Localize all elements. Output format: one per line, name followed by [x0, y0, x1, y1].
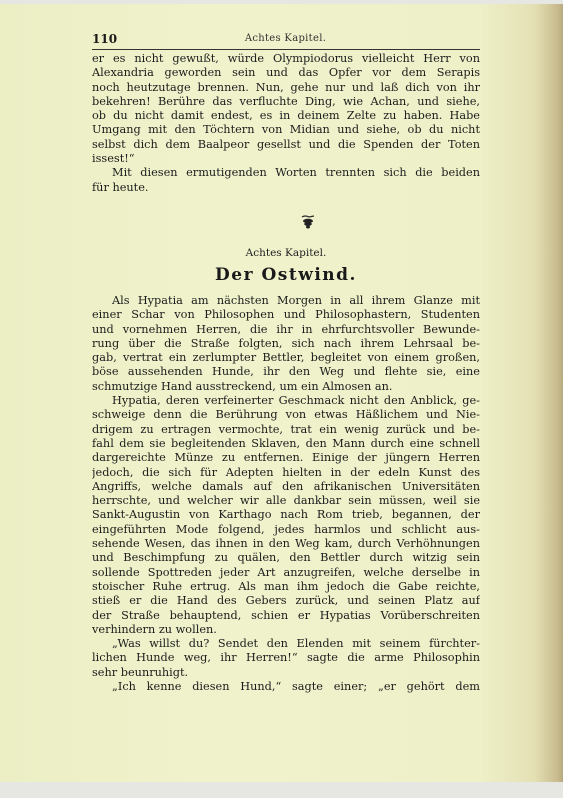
text-line: Umgang mit den Töchtern von Midian und s… — [92, 123, 480, 137]
text-line: und vornehmen Herren, die ihr in ehrfurc… — [92, 323, 480, 337]
text-line: Sankt-Augustin von Karthago nach Rom tri… — [92, 508, 480, 522]
text-line: und Beschimpfung zu quälen, den Bettler … — [92, 551, 480, 565]
text-line: Alexandria geworden sein und das Opfer v… — [92, 66, 480, 80]
text-line: stieß er die Hand des Gebers zurück, und… — [92, 594, 480, 608]
text-line: Angriffs, welche damals auf den afrikani… — [92, 480, 480, 494]
text-line: sollende Spottreden jeder Art anzugreife… — [92, 566, 480, 580]
grape-cluster-ornament-icon — [300, 214, 316, 228]
text-line: ob du nicht damit endest, es in deinem Z… — [92, 109, 480, 123]
text-line: „Ich kenne diesen Hund,“ sagte einer; „e… — [92, 680, 480, 694]
text-line: einer Schar von Philosophen und Philosop… — [92, 308, 480, 322]
text-line: rung über die Straße folgten, sich nach … — [92, 337, 480, 351]
text-line: schweige denn die Berührung von etwas Hä… — [92, 408, 480, 422]
text-line: sehende Wesen, das ihnen in den Weg kam,… — [92, 537, 480, 551]
top-text-block: er es nicht gewußt, würde Olympiodorus v… — [92, 52, 480, 195]
chapter-label: Achtes Kapitel. — [92, 247, 480, 259]
book-page: 110 Achtes Kapitel. er es nicht gewußt, … — [0, 4, 563, 782]
text-line: gab, vertrat ein zerlumpter Bettler, beg… — [92, 351, 480, 365]
text-line: herrschte, und welcher wir alle dankbar … — [92, 494, 480, 508]
text-line: dargereichte Münze zu entfernen. Einige … — [92, 451, 480, 465]
chapter-title: Der Ostwind. — [92, 265, 480, 285]
text-line: lichen Hunde weg, ihr Herren!“ sagte die… — [92, 651, 480, 665]
text-line: stoischer Ruhe ertrug. Als man ihm jedoc… — [92, 580, 480, 594]
text-line: drigem zu ertragen vermochte, trat ein w… — [92, 423, 480, 437]
running-head: Achtes Kapitel. — [92, 33, 479, 44]
text-line: verhindern zu wollen. — [92, 623, 480, 637]
text-line: noch heutzutage brennen. Nun, gehe nur u… — [92, 81, 480, 95]
text-line: sehr beunruhigt. — [92, 666, 480, 680]
text-line: böse aussehenden Hunde, ihr den Weg und … — [92, 365, 480, 379]
text-line: „Was willst du? Sendet den Elenden mit s… — [92, 637, 480, 651]
text-line: issest!“ — [92, 152, 480, 166]
page-header: 110 Achtes Kapitel. — [92, 32, 479, 50]
text-line: fahl dem sie begleitenden Sklaven, den M… — [92, 437, 480, 451]
header-rule — [92, 49, 480, 50]
text-line: schmutzige Hand ausstreckend, um ein Alm… — [92, 380, 480, 394]
chapter-body-text: Als Hypatia am nächsten Morgen in all ih… — [92, 294, 480, 694]
text-line: für heute. — [92, 181, 480, 195]
text-line: bekehren! Berühre das verfluchte Ding, w… — [92, 95, 480, 109]
text-line: Als Hypatia am nächsten Morgen in all ih… — [92, 294, 480, 308]
text-line: Mit diesen ermutigenden Worten trennten … — [92, 166, 480, 180]
text-line: der Straße behauptend, schien er Hypatia… — [92, 609, 480, 623]
text-line: er es nicht gewußt, würde Olympiodorus v… — [92, 52, 480, 66]
text-line: selbst dich dem Baalpeor gesellst und di… — [92, 138, 480, 152]
text-line: eingeführten Mode folgend, jedes harmlos… — [92, 523, 480, 537]
text-line: jedoch, die sich für Adepten hielten in … — [92, 466, 480, 480]
text-line: Hypatia, deren verfeinerter Geschmack ni… — [92, 394, 480, 408]
